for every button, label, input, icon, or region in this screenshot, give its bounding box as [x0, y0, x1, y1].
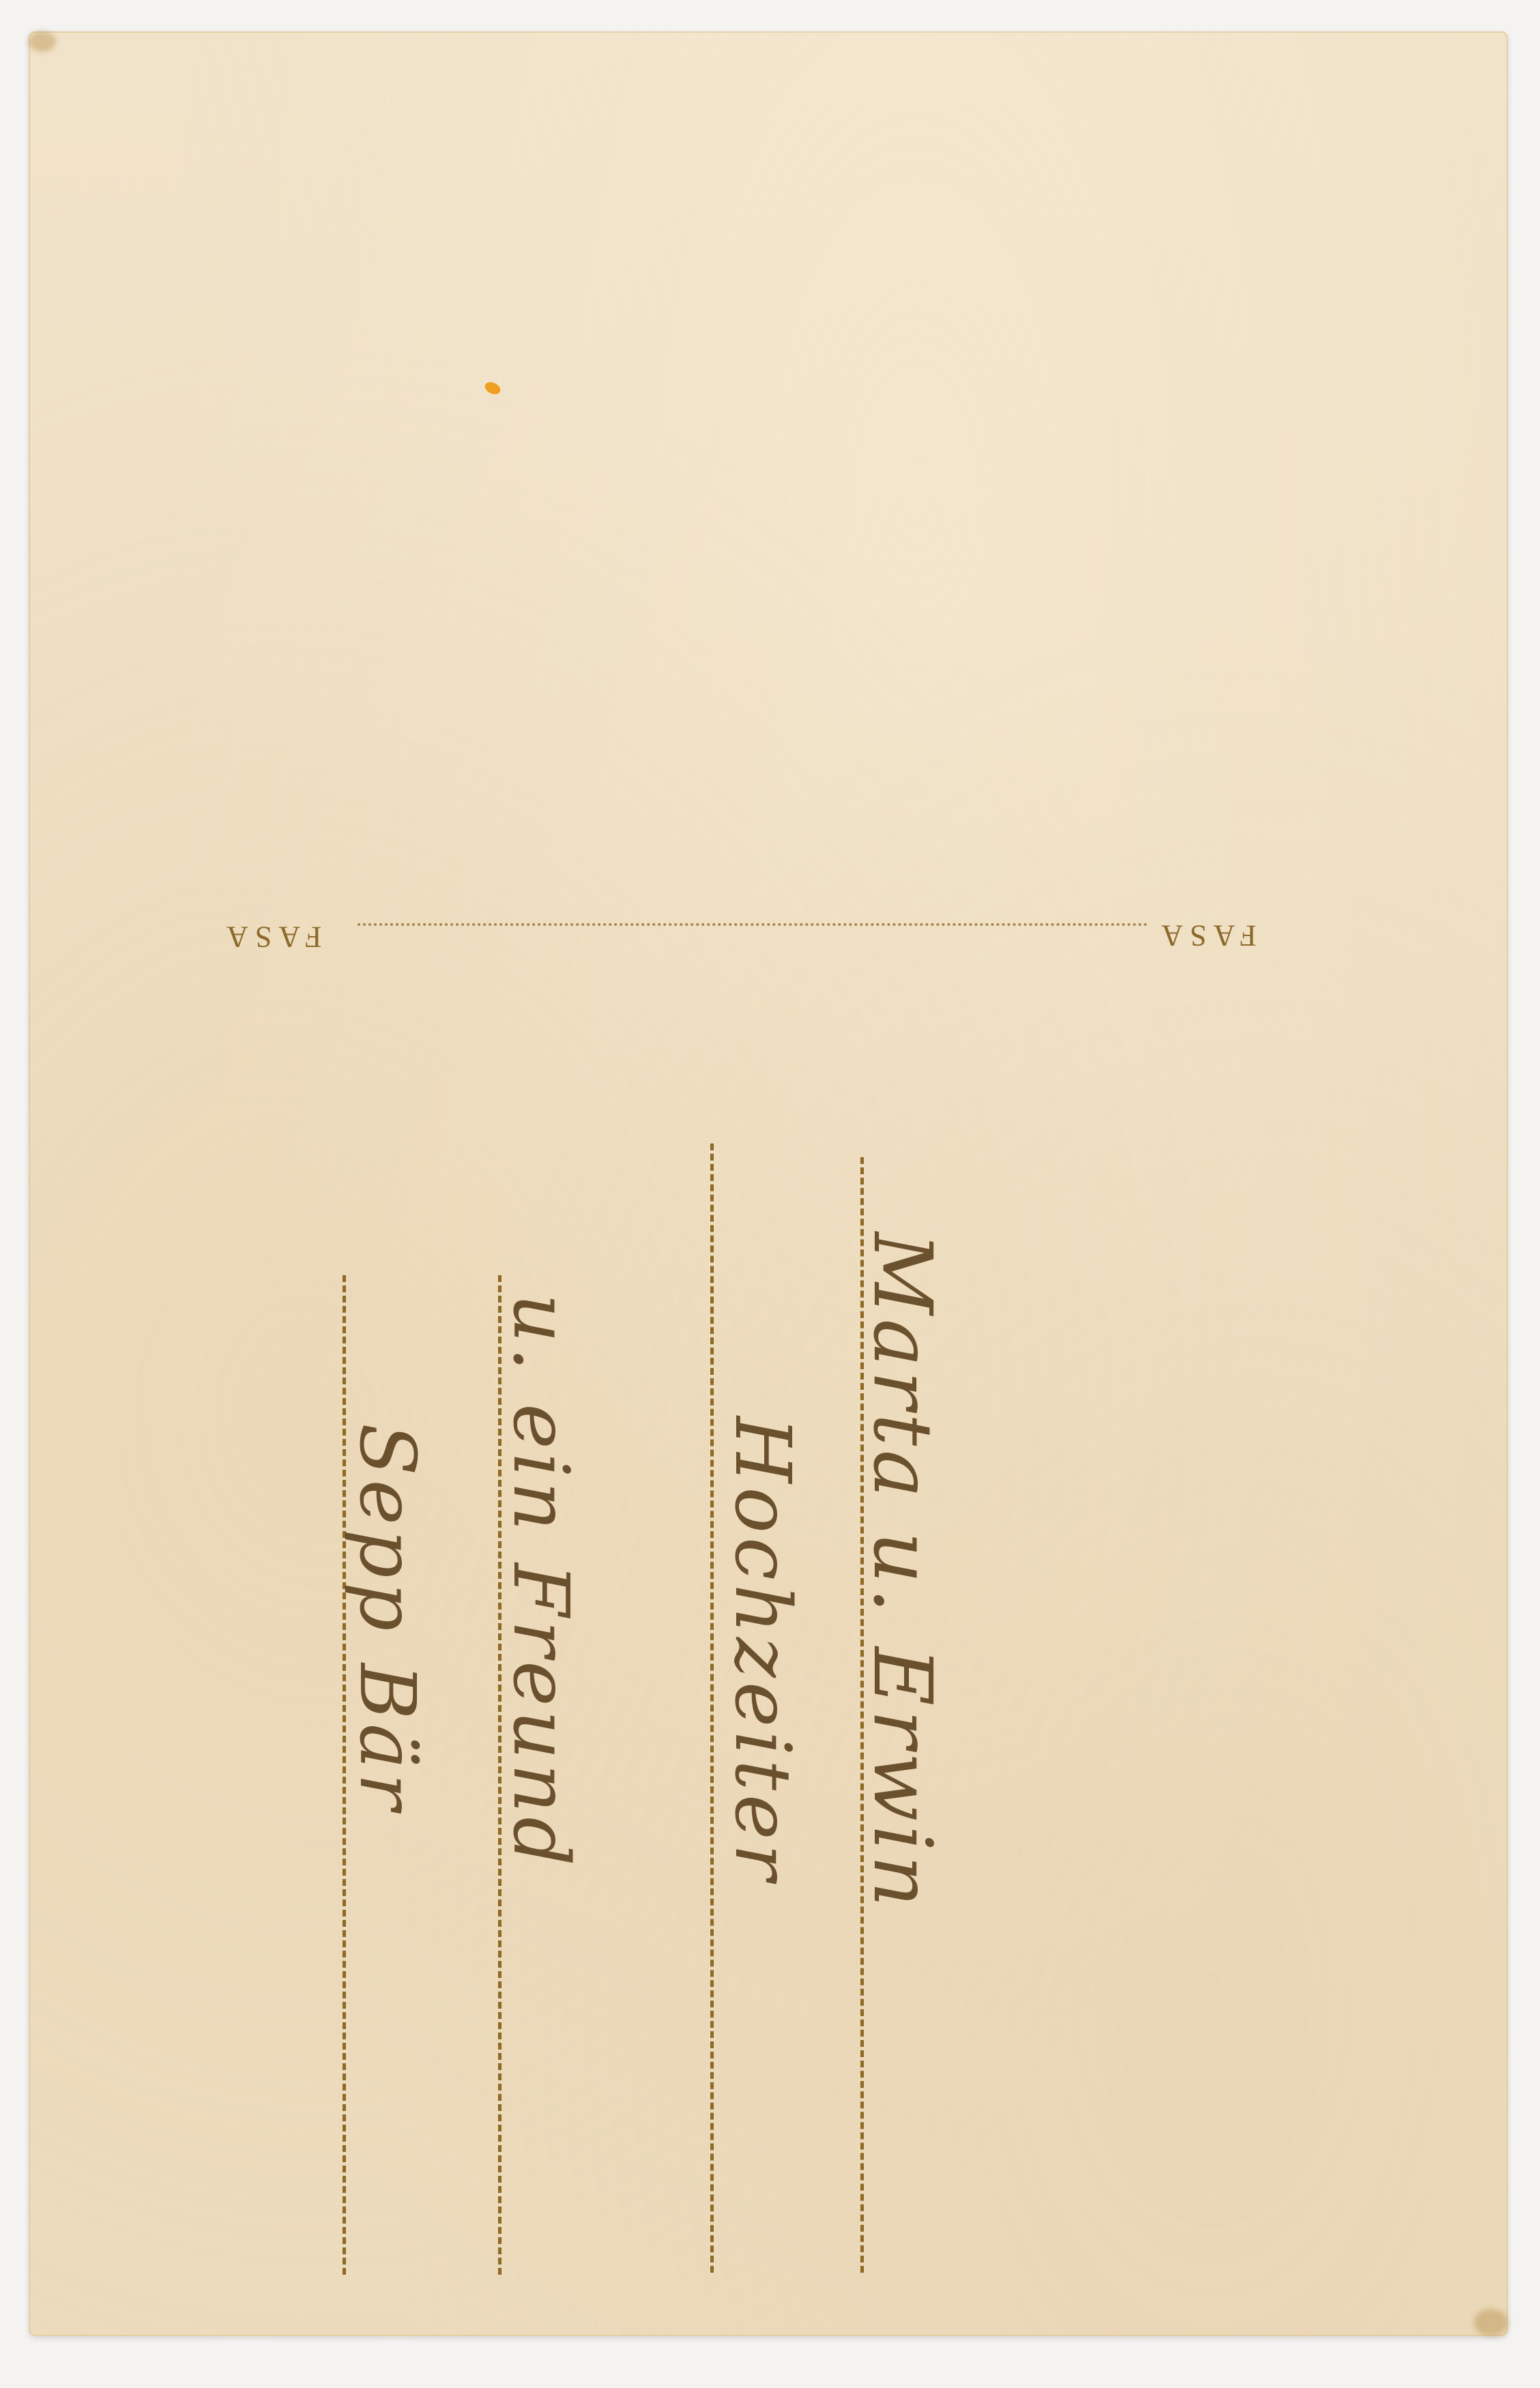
- postcard: FASA FASA Marta u. Erwin Hochzeiter u. e…: [29, 31, 1508, 2336]
- handwriting-line-1: Marta u. Erwin: [856, 1232, 950, 1911]
- divider-dotted-line: [358, 923, 1148, 926]
- handwriting-line-2: Hochzeiter: [718, 1416, 807, 1884]
- stain-spot: [483, 380, 503, 397]
- publisher-label-left: FASA: [220, 920, 321, 955]
- handwriting-line-4: Sepp Bär: [343, 1423, 431, 1814]
- corner-stain: [29, 31, 56, 52]
- publisher-label-right: FASA: [1154, 918, 1256, 953]
- corner-stain: [1474, 2309, 1508, 2336]
- address-line-2: [710, 1144, 714, 2273]
- handwriting-line-3: u. ein Freund: [496, 1294, 585, 1870]
